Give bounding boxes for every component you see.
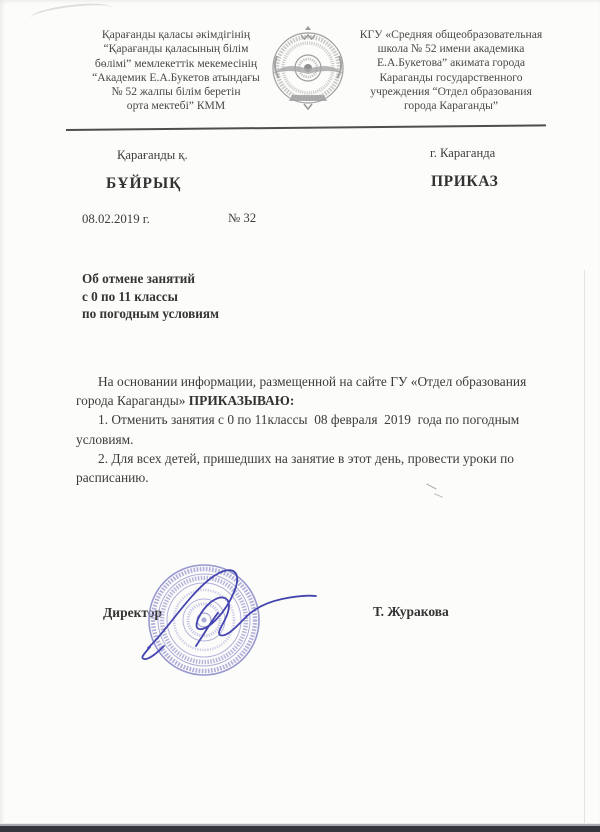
doc-title-kazakh: БҰЙРЫҚ bbox=[106, 175, 181, 193]
place-kazakh: Қарағанды қ. bbox=[117, 148, 188, 163]
org-name-kazakh-line: орта мектебі” КММ bbox=[70, 99, 282, 113]
scan-smudge bbox=[29, 0, 112, 26]
body-line: 2. Для всех детей, пришедших на занятие … bbox=[76, 449, 554, 468]
place-russian: г. Караганда bbox=[430, 146, 495, 161]
order-verb-bold: ПРИКАЗЫВАЮ: bbox=[189, 393, 295, 408]
scan-artifact-mark bbox=[434, 493, 443, 497]
subject-line: Об отмене занятий bbox=[82, 270, 219, 288]
org-name-kazakh-line: “Академик Е.А.Букетов атындағы bbox=[70, 71, 282, 85]
doc-date: 08.02.2019 г. bbox=[82, 212, 150, 227]
subject-line: с 0 по 11 классы bbox=[82, 288, 219, 306]
org-name-russian-line: города Караганды” bbox=[350, 99, 552, 113]
signer-name: Т. Журакова bbox=[373, 604, 449, 620]
scanned-order-document: Қарағанды қаласы әкімдігінің “Қарағанды … bbox=[0, 0, 600, 832]
body-line: условиям. bbox=[76, 430, 554, 449]
org-name-kazakh-line: № 52 жалпы білім беретін bbox=[70, 85, 282, 99]
page-edge-line bbox=[584, 270, 585, 825]
org-name-kazakh-line: бөлімі” мемлекеттік мекемесінің bbox=[70, 57, 282, 71]
order-body: На основании информации, размещенной на … bbox=[76, 372, 554, 487]
kazakhstan-emblem-icon bbox=[268, 26, 348, 110]
subject-block: Об отмене занятий с 0 по 11 классы по по… bbox=[82, 270, 219, 323]
org-name-russian: КГУ «Средняя общеобразовательная школа №… bbox=[350, 28, 552, 113]
header-divider bbox=[66, 124, 546, 131]
doc-number: № 32 bbox=[228, 211, 256, 226]
body-line: 1. Отменить занятия с 0 по 11классы 08 ф… bbox=[76, 410, 554, 429]
subject-line: по погодным условиям bbox=[82, 305, 219, 323]
body-line: расписанию. bbox=[76, 468, 554, 487]
org-name-russian-line: школа № 52 имени академика bbox=[350, 42, 552, 56]
org-name-russian-line: Е.А.Букетова” акимата города bbox=[350, 56, 552, 70]
org-name-kazakh-line: “Қарағанды қаласының білім bbox=[70, 42, 282, 56]
org-name-russian-line: Караганды государственного bbox=[350, 71, 552, 85]
body-line: На основании информации, размещенной на … bbox=[76, 372, 554, 391]
doc-title-russian: ПРИКАЗ bbox=[431, 173, 498, 191]
org-name-kazakh: Қарағанды қаласы әкімдігінің “Қарағанды … bbox=[70, 28, 282, 114]
body-line-normal: города Караганды» bbox=[76, 393, 189, 408]
body-line: города Караганды» ПРИКАЗЫВАЮ: bbox=[76, 391, 554, 410]
signature-ink bbox=[136, 558, 332, 670]
org-name-kazakh-line: Қарағанды қаласы әкімдігінің bbox=[70, 28, 282, 42]
scanner-edge bbox=[0, 823, 600, 832]
org-name-russian-line: учреждения “Отдел образования bbox=[350, 85, 552, 99]
org-name-russian-line: КГУ «Средняя общеобразовательная bbox=[350, 28, 552, 42]
